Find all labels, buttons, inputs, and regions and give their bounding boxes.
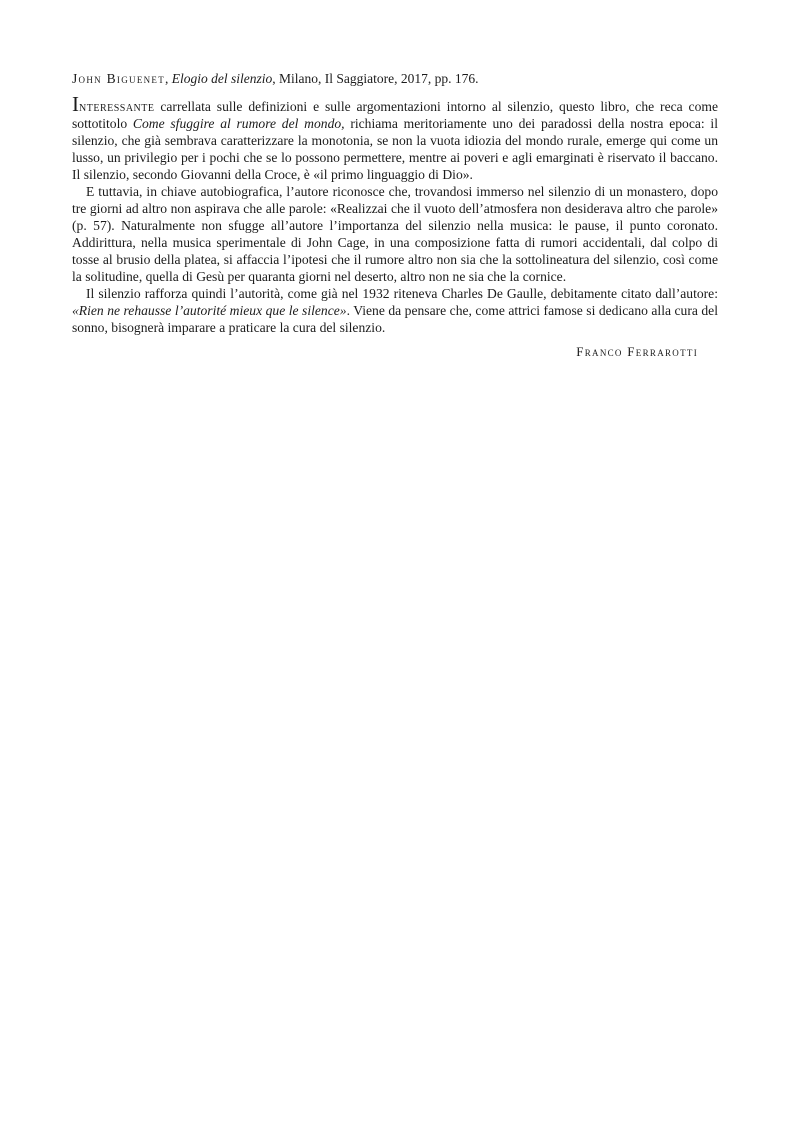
paragraph-2-text: E tuttavia, in chiave autobiografica, l’… xyxy=(72,184,718,284)
lead-word-smallcaps: nteressante xyxy=(79,99,155,114)
reviewer-signature: Franco Ferrarotti xyxy=(72,343,698,360)
book-title: Elogio del silenzio xyxy=(172,71,273,86)
bibliographic-reference: John Biguenet, Elogio del silenzio, Mila… xyxy=(72,70,718,87)
document-page: John Biguenet, Elogio del silenzio, Mila… xyxy=(0,0,794,1123)
separator: , xyxy=(165,71,172,86)
book-subtitle: Come sfuggire al rumore del mondo, xyxy=(133,116,345,131)
publication-info: , Milano, Il Saggiatore, 2017, pp. 176. xyxy=(272,71,478,86)
paragraph-1: Interessante carrellata sulle definizion… xyxy=(72,98,718,183)
reviewer-name: Franco Ferrarotti xyxy=(576,344,698,359)
paragraph-3-text-a: Il silenzio rafforza quindi l’autorità, … xyxy=(86,286,718,301)
paragraph-3: Il silenzio rafforza quindi l’autorità, … xyxy=(72,285,718,336)
french-quote: «Rien ne rehausse l’autorité mieux que l… xyxy=(72,303,347,318)
author-name: John Biguenet xyxy=(72,71,165,86)
lead-initial-letter: I xyxy=(72,92,79,116)
paragraph-2: E tuttavia, in chiave autobiografica, l’… xyxy=(72,183,718,285)
